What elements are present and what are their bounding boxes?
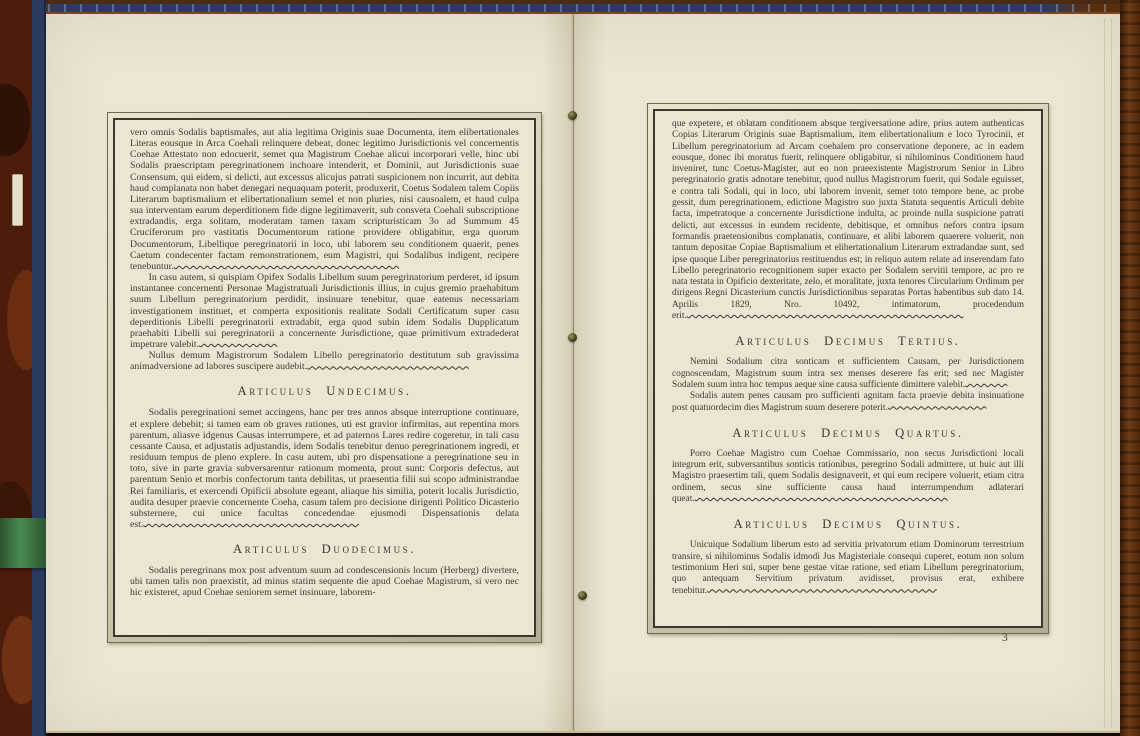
paragraph-text: In casu autem, si quispiam Opifex Sodali… (130, 272, 519, 350)
binding-stitch (568, 111, 577, 120)
article-heading: Articulus Duodecimus. (130, 542, 519, 557)
article-heading: Articulus Decimus Quintus. (672, 517, 1024, 532)
squiggle-rule (174, 261, 399, 272)
squiggle-rule (888, 403, 986, 413)
squiggle-rule (307, 361, 469, 372)
paragraph: Nullus demum Magistrorum Sodalem Libello… (130, 350, 519, 372)
paragraph: In casu autem, si quispiam Opifex Sodali… (130, 272, 519, 350)
paragraph: Sodalis peregrinationi semet accingens, … (130, 407, 519, 530)
page-stack-edge (1104, 18, 1105, 728)
binding-stitch (568, 333, 577, 342)
squiggle-rule (965, 380, 1007, 390)
squiggle-rule (687, 311, 964, 321)
left-page: vero omnis Sodalis baptismales, aut alia… (113, 118, 536, 637)
paragraph-text: que expetere, et oblatam conditionem abs… (672, 119, 1024, 321)
book-cover-right-edge (1120, 0, 1140, 736)
paragraph: que expetere, et oblatam conditionem abs… (672, 119, 1024, 322)
page-stack-edge (1111, 18, 1112, 728)
paragraph: vero omnis Sodalis baptismales, aut alia… (130, 127, 519, 272)
squiggle-rule (199, 339, 277, 350)
right-page: que expetere, et oblatam conditionem abs… (653, 109, 1043, 628)
right-page-text-frame: que expetere, et oblatam conditionem abs… (647, 103, 1049, 634)
open-book-photo: vero omnis Sodalis baptismales, aut alia… (0, 0, 1140, 736)
paragraph-text: vero omnis Sodalis baptismales, aut alia… (130, 127, 519, 272)
article-heading: Articulus Undecimus. (130, 384, 519, 399)
squiggle-rule (143, 519, 359, 530)
paragraph: Sodalis peregrinans mox post adventum su… (130, 565, 519, 598)
article-heading: Articulus Decimus Quartus. (672, 426, 1024, 441)
left-page-text-frame: vero omnis Sodalis baptismales, aut alia… (107, 112, 542, 643)
book-cover-left-edge (0, 0, 46, 736)
green-bookmark-tab (0, 518, 46, 568)
paragraph: Unicuique Sodalium liberum esto ad servi… (672, 540, 1024, 596)
page-number: 3 (1002, 632, 1008, 644)
paper-spread: vero omnis Sodalis baptismales, aut alia… (46, 14, 1120, 733)
binding-stitch (578, 591, 587, 600)
page-sliver-tab (12, 174, 23, 226)
paragraph: Porro Coehae Magistro cum Coehae Commiss… (672, 449, 1024, 505)
paragraph-text: Sodalis peregrinationi semet accingens, … (130, 407, 519, 530)
squiggle-rule (707, 586, 937, 596)
gutter-line (573, 14, 574, 731)
squiggle-rule (695, 494, 948, 504)
paragraph-text: Sodalis peregrinans mox post adventum su… (130, 565, 519, 598)
paragraph: Nemini Sodalium citra sonticam et suffic… (672, 357, 1024, 391)
article-heading: Articulus Decimus Tertius. (672, 334, 1024, 349)
book-cover-top-edge (0, 0, 1140, 15)
paragraph: Sodalis autem penes causam pro sufficien… (672, 391, 1024, 414)
